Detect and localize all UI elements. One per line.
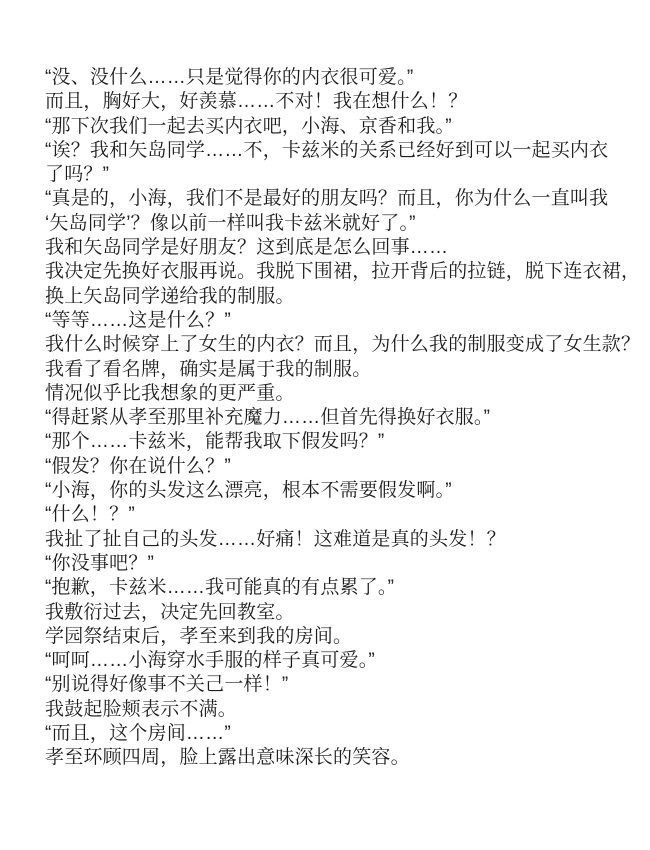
- text-line: 我什么时候穿上了女生的内衣？而且，为什么我的制服变成了女生款？: [45, 333, 645, 357]
- text-line: “而且，这个房间……”: [45, 722, 645, 746]
- text-line: “什么！？”: [45, 503, 645, 527]
- text-line: 换上矢岛同学递给我的制服。: [45, 285, 645, 309]
- text-line: “小海，你的头发这么漂亮，根本不需要假发啊。”: [45, 479, 645, 503]
- text-line: “没、没什么……只是觉得你的内衣很可爱。”: [45, 66, 645, 90]
- text-line: 情况似乎比我想象的更严重。: [45, 382, 645, 406]
- text-line: 我和矢岛同学是好朋友？这到底是怎么回事……: [45, 236, 645, 260]
- text-line: “假发？你在说什么？”: [45, 455, 645, 479]
- text-line: “诶？我和矢岛同学……不，卡兹米的关系已经好到可以一起买内衣: [45, 139, 645, 163]
- text-line: “呵呵……小海穿水手服的样子真可爱。”: [45, 649, 645, 673]
- text-line: “得赶紧从孝至那里补充魔力……但首先得换好衣服。”: [45, 406, 645, 430]
- text-line: 而且，胸好大，好羡慕……不对！我在想什么！？: [45, 90, 645, 114]
- text-line: “真是的，小海，我们不是最好的朋友吗？而且，你为什么一直叫我: [45, 187, 645, 211]
- text-line: “别说得好像事不关己一样！”: [45, 673, 645, 697]
- text-line: 我决定先换好衣服再说。我脱下围裙，拉开背后的拉链，脱下连衣裙，: [45, 260, 645, 284]
- text-line: 孝至环顾四周，脸上露出意味深长的笑容。: [45, 746, 645, 770]
- text-line: 我看了看名牌，确实是属于我的制服。: [45, 358, 645, 382]
- text-line: “抱歉，卡兹米……我可能真的有点累了。”: [45, 576, 645, 600]
- text-line: “那下次我们一起去买内衣吧，小海、京香和我。”: [45, 115, 645, 139]
- text-line: “你没事吧？”: [45, 552, 645, 576]
- text-line: 了吗？”: [45, 163, 645, 187]
- text-line: “那个……卡兹米，能帮我取下假发吗？”: [45, 430, 645, 454]
- text-line: 我鼓起脸颊表示不满。: [45, 698, 645, 722]
- novel-page: “没、没什么……只是觉得你的内衣很可爱。” 而且，胸好大，好羡慕……不对！我在想…: [45, 66, 645, 771]
- text-line: “等等……这是什么？”: [45, 309, 645, 333]
- text-line: 学园祭结束后，孝至来到我的房间。: [45, 625, 645, 649]
- text-line: ‘矢岛同学’？像以前一样叫我卡兹米就好了。”: [45, 212, 645, 236]
- text-line: 我敷衍过去，决定先回教室。: [45, 601, 645, 625]
- text-line: 我扯了扯自己的头发……好痛！这难道是真的头发！？: [45, 528, 645, 552]
